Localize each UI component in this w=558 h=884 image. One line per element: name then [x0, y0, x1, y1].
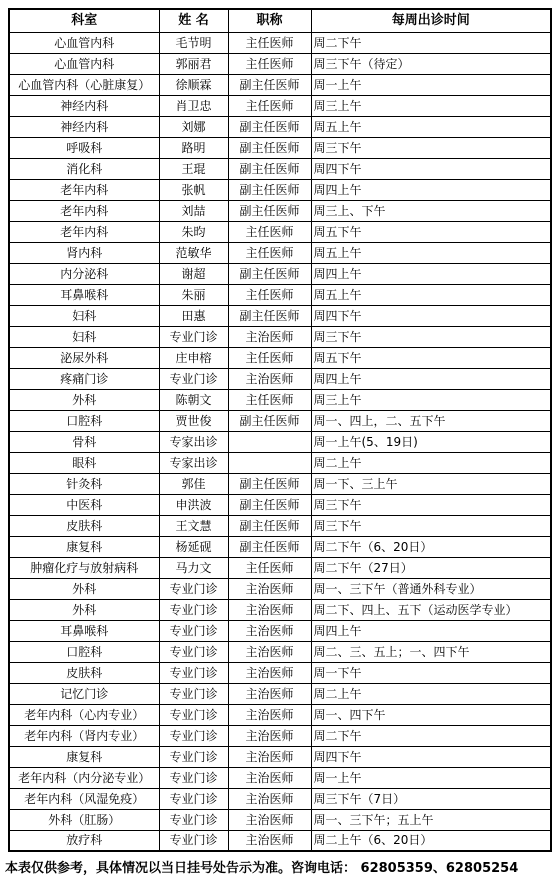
name-cell: 专业门诊	[159, 725, 228, 746]
name-cell: 专业门诊	[159, 578, 228, 599]
time-cell: 周五上午	[311, 284, 551, 305]
time-cell: 周三上午	[311, 95, 551, 116]
table-row: 记忆门诊专业门诊主治医师周二上午	[9, 683, 551, 704]
title-cell: 副主任医师	[228, 200, 311, 221]
header-name: 姓 名	[159, 9, 228, 32]
department-cell: 肾内科	[9, 242, 159, 263]
department-cell: 老年内科	[9, 221, 159, 242]
time-cell: 周一上午(5、19日)	[311, 431, 551, 452]
department-cell: 口腔科	[9, 410, 159, 431]
name-cell: 专业门诊	[159, 767, 228, 788]
time-cell: 周二下、四上、五下（运动医学专业）	[311, 599, 551, 620]
time-cell: 周三下午（7日）	[311, 788, 551, 809]
table-row: 老年内科（肾内专业）专业门诊主治医师周二下午	[9, 725, 551, 746]
department-cell: 老年内科（风湿免疫）	[9, 788, 159, 809]
department-cell: 中医科	[9, 494, 159, 515]
name-cell: 范敏华	[159, 242, 228, 263]
department-cell: 老年内科（内分泌专业）	[9, 767, 159, 788]
title-cell: 副主任医师	[228, 305, 311, 326]
name-cell: 专业门诊	[159, 788, 228, 809]
header-department: 科室	[9, 9, 159, 32]
title-cell: 副主任医师	[228, 410, 311, 431]
time-cell: 周三下午（待定）	[311, 53, 551, 74]
department-cell: 口腔科	[9, 641, 159, 662]
table-row: 老年内科（心内专业）专业门诊主治医师周一、四下午	[9, 704, 551, 725]
title-cell: 主治医师	[228, 725, 311, 746]
time-cell: 周一、三下午（普通外科专业）	[311, 578, 551, 599]
department-cell: 心血管内科（心脏康复）	[9, 74, 159, 95]
name-cell: 专业门诊	[159, 326, 228, 347]
name-cell: 申洪波	[159, 494, 228, 515]
table-row: 妇科田惠副主任医师周四下午	[9, 305, 551, 326]
department-cell: 内分泌科	[9, 263, 159, 284]
title-cell: 主治医师	[228, 326, 311, 347]
table-row: 老年内科（风湿免疫）专业门诊主治医师周三下午（7日）	[9, 788, 551, 809]
department-cell: 康复科	[9, 746, 159, 767]
table-row: 针灸科郭佳副主任医师周一下、三上午	[9, 473, 551, 494]
name-cell: 专业门诊	[159, 704, 228, 725]
department-cell: 呼吸科	[9, 137, 159, 158]
time-cell: 周二下午	[311, 32, 551, 53]
title-cell: 副主任医师	[228, 515, 311, 536]
name-cell: 王文慧	[159, 515, 228, 536]
department-cell: 消化科	[9, 158, 159, 179]
table-row: 外科陈朝文主任医师周三上午	[9, 389, 551, 410]
time-cell: 周三上午	[311, 389, 551, 410]
time-cell: 周五下午	[311, 347, 551, 368]
table-row: 妇科专业门诊主治医师周三下午	[9, 326, 551, 347]
department-cell: 老年内科（心内专业）	[9, 704, 159, 725]
department-cell: 外科	[9, 578, 159, 599]
department-cell: 记忆门诊	[9, 683, 159, 704]
time-cell: 周四上午	[311, 620, 551, 641]
table-row: 心血管内科郭丽君主任医师周三下午（待定）	[9, 53, 551, 74]
name-cell: 陈朝文	[159, 389, 228, 410]
name-cell: 朱昀	[159, 221, 228, 242]
title-cell	[228, 431, 311, 452]
department-cell: 放疗科	[9, 830, 159, 851]
time-cell: 周四下午	[311, 158, 551, 179]
title-cell: 主任医师	[228, 347, 311, 368]
table-row: 眼科专家出诊周二上午	[9, 452, 551, 473]
table-row: 耳鼻喉科朱丽主任医师周五上午	[9, 284, 551, 305]
department-cell: 疼痛门诊	[9, 368, 159, 389]
name-cell: 专业门诊	[159, 830, 228, 851]
department-cell: 外科	[9, 599, 159, 620]
table-row: 耳鼻喉科专业门诊主治医师周四上午	[9, 620, 551, 641]
time-cell: 周二上午（6、20日）	[311, 830, 551, 851]
department-cell: 皮肤科	[9, 662, 159, 683]
name-cell: 田惠	[159, 305, 228, 326]
table-row: 肾内科范敏华主任医师周五上午	[9, 242, 551, 263]
department-cell: 眼科	[9, 452, 159, 473]
header-time: 每周出诊时间	[311, 9, 551, 32]
department-cell: 妇科	[9, 305, 159, 326]
title-cell: 主治医师	[228, 830, 311, 851]
time-cell: 周三下午	[311, 515, 551, 536]
table-row: 心血管内科毛节明主任医师周二下午	[9, 32, 551, 53]
name-cell: 肖卫忠	[159, 95, 228, 116]
table-row: 外科专业门诊主治医师周二下、四上、五下（运动医学专业）	[9, 599, 551, 620]
title-cell: 主治医师	[228, 620, 311, 641]
time-cell: 周一下午	[311, 662, 551, 683]
time-cell: 周四上午	[311, 179, 551, 200]
title-cell: 主任医师	[228, 284, 311, 305]
title-cell: 副主任医师	[228, 263, 311, 284]
title-cell: 副主任医师	[228, 179, 311, 200]
name-cell: 专业门诊	[159, 662, 228, 683]
title-cell: 主治医师	[228, 368, 311, 389]
title-cell	[228, 452, 311, 473]
department-cell: 心血管内科	[9, 53, 159, 74]
table-row: 心血管内科（心脏康复）徐顺霖副主任医师周一上午	[9, 74, 551, 95]
time-cell: 周三下午	[311, 494, 551, 515]
title-cell: 主治医师	[228, 578, 311, 599]
department-cell: 神经内科	[9, 116, 159, 137]
title-cell: 主任医师	[228, 557, 311, 578]
title-cell: 副主任医师	[228, 74, 311, 95]
title-cell: 主任医师	[228, 242, 311, 263]
title-cell: 副主任医师	[228, 137, 311, 158]
department-cell: 神经内科	[9, 95, 159, 116]
table-row: 口腔科贾世俊副主任医师周一、四上，二、五下午	[9, 410, 551, 431]
table-row: 中医科申洪波副主任医师周三下午	[9, 494, 551, 515]
department-cell: 外科（肛肠）	[9, 809, 159, 830]
department-cell: 老年内科	[9, 179, 159, 200]
header-title: 职称	[228, 9, 311, 32]
department-cell: 皮肤科	[9, 515, 159, 536]
table-row: 老年内科（内分泌专业）专业门诊主治医师周一上午	[9, 767, 551, 788]
name-cell: 徐顺霖	[159, 74, 228, 95]
time-cell: 周四下午	[311, 305, 551, 326]
table-row: 泌尿外科庄申榕主任医师周五下午	[9, 347, 551, 368]
title-cell: 主任医师	[228, 95, 311, 116]
time-cell: 周三上、下午	[311, 200, 551, 221]
title-cell: 主治医师	[228, 746, 311, 767]
title-cell: 主治医师	[228, 641, 311, 662]
header-row: 科室 姓 名 职称 每周出诊时间	[9, 9, 551, 32]
name-cell: 庄申榕	[159, 347, 228, 368]
name-cell: 马力文	[159, 557, 228, 578]
schedule-table: 科室 姓 名 职称 每周出诊时间 心血管内科毛节明主任医师周二下午心血管内科郭丽…	[8, 8, 552, 852]
name-cell: 专业门诊	[159, 620, 228, 641]
table-row: 口腔科专业门诊主治医师周二、三、五上；一、四下午	[9, 641, 551, 662]
name-cell: 贾世俊	[159, 410, 228, 431]
table-row: 内分泌科谢超副主任医师周四上午	[9, 263, 551, 284]
name-cell: 谢超	[159, 263, 228, 284]
time-cell: 周四上午	[311, 368, 551, 389]
name-cell: 刘娜	[159, 116, 228, 137]
time-cell: 周五下午	[311, 221, 551, 242]
table-row: 老年内科张帆副主任医师周四上午	[9, 179, 551, 200]
title-cell: 主治医师	[228, 809, 311, 830]
table-row: 消化科王琨副主任医师周四下午	[9, 158, 551, 179]
department-cell: 康复科	[9, 536, 159, 557]
table-row: 外科（肛肠）专业门诊主治医师周一、三下午；五上午	[9, 809, 551, 830]
name-cell: 专业门诊	[159, 599, 228, 620]
footer-note: 本表仅供参考，具体情况以当日挂号处告示为准。咨询电话： 62805359、628…	[5, 857, 550, 876]
department-cell: 泌尿外科	[9, 347, 159, 368]
time-cell: 周二下午（6、20日）	[311, 536, 551, 557]
table-row: 肿瘤化疗与放射病科马力文主任医师周二下午（27日）	[9, 557, 551, 578]
name-cell: 杨延砚	[159, 536, 228, 557]
table-row: 神经内科刘娜副主任医师周五上午	[9, 116, 551, 137]
title-cell: 主任医师	[228, 389, 311, 410]
department-cell: 骨科	[9, 431, 159, 452]
table-row: 放疗科专业门诊主治医师周二上午（6、20日）	[9, 830, 551, 851]
name-cell: 毛节明	[159, 32, 228, 53]
time-cell: 周一、三下午；五上午	[311, 809, 551, 830]
department-cell: 针灸科	[9, 473, 159, 494]
title-cell: 副主任医师	[228, 536, 311, 557]
table-row: 康复科专业门诊主治医师周四下午	[9, 746, 551, 767]
name-cell: 专业门诊	[159, 368, 228, 389]
table-row: 疼痛门诊专业门诊主治医师周四上午	[9, 368, 551, 389]
time-cell: 周一、四上，二、五下午	[311, 410, 551, 431]
time-cell: 周二、三、五上；一、四下午	[311, 641, 551, 662]
title-cell: 主任医师	[228, 221, 311, 242]
title-cell: 主治医师	[228, 683, 311, 704]
department-cell: 肿瘤化疗与放射病科	[9, 557, 159, 578]
name-cell: 郭丽君	[159, 53, 228, 74]
time-cell: 周一、四下午	[311, 704, 551, 725]
name-cell: 张帆	[159, 179, 228, 200]
table-row: 骨科专家出诊周一上午(5、19日)	[9, 431, 551, 452]
department-cell: 耳鼻喉科	[9, 284, 159, 305]
title-cell: 主治医师	[228, 662, 311, 683]
outpatient-schedule-page: 科室 姓 名 职称 每周出诊时间 心血管内科毛节明主任医师周二下午心血管内科郭丽…	[0, 0, 558, 884]
time-cell: 周三下午	[311, 137, 551, 158]
department-cell: 耳鼻喉科	[9, 620, 159, 641]
time-cell: 周一上午	[311, 74, 551, 95]
title-cell: 主治医师	[228, 599, 311, 620]
time-cell: 周四上午	[311, 263, 551, 284]
name-cell: 专业门诊	[159, 641, 228, 662]
title-cell: 副主任医师	[228, 473, 311, 494]
time-cell: 周五上午	[311, 242, 551, 263]
department-cell: 老年内科	[9, 200, 159, 221]
title-cell: 主治医师	[228, 788, 311, 809]
department-cell: 外科	[9, 389, 159, 410]
table-row: 皮肤科专业门诊主治医师周一下午	[9, 662, 551, 683]
name-cell: 专家出诊	[159, 452, 228, 473]
title-cell: 主任医师	[228, 53, 311, 74]
department-cell: 心血管内科	[9, 32, 159, 53]
table-row: 康复科杨延砚副主任医师周二下午（6、20日）	[9, 536, 551, 557]
name-cell: 王琨	[159, 158, 228, 179]
table-row: 老年内科朱昀主任医师周五下午	[9, 221, 551, 242]
name-cell: 专业门诊	[159, 809, 228, 830]
name-cell: 路明	[159, 137, 228, 158]
table-row: 神经内科肖卫忠主任医师周三上午	[9, 95, 551, 116]
title-cell: 主治医师	[228, 767, 311, 788]
table-row: 老年内科刘喆副主任医师周三上、下午	[9, 200, 551, 221]
time-cell: 周三下午	[311, 326, 551, 347]
time-cell: 周二下午（27日）	[311, 557, 551, 578]
title-cell: 主任医师	[228, 32, 311, 53]
department-cell: 妇科	[9, 326, 159, 347]
title-cell: 副主任医师	[228, 158, 311, 179]
schedule-table-body: 心血管内科毛节明主任医师周二下午心血管内科郭丽君主任医师周三下午（待定）心血管内…	[9, 32, 551, 851]
name-cell: 刘喆	[159, 200, 228, 221]
time-cell: 周一上午	[311, 767, 551, 788]
time-cell: 周二上午	[311, 452, 551, 473]
name-cell: 专业门诊	[159, 683, 228, 704]
table-row: 呼吸科路明副主任医师周三下午	[9, 137, 551, 158]
title-cell: 主治医师	[228, 704, 311, 725]
name-cell: 专家出诊	[159, 431, 228, 452]
table-row: 外科专业门诊主治医师周一、三下午（普通外科专业）	[9, 578, 551, 599]
time-cell: 周四下午	[311, 746, 551, 767]
title-cell: 副主任医师	[228, 494, 311, 515]
department-cell: 老年内科（肾内专业）	[9, 725, 159, 746]
name-cell: 郭佳	[159, 473, 228, 494]
time-cell: 周二上午	[311, 683, 551, 704]
name-cell: 专业门诊	[159, 746, 228, 767]
time-cell: 周二下午	[311, 725, 551, 746]
time-cell: 周一下、三上午	[311, 473, 551, 494]
time-cell: 周五上午	[311, 116, 551, 137]
name-cell: 朱丽	[159, 284, 228, 305]
table-row: 皮肤科王文慧副主任医师周三下午	[9, 515, 551, 536]
title-cell: 副主任医师	[228, 116, 311, 137]
